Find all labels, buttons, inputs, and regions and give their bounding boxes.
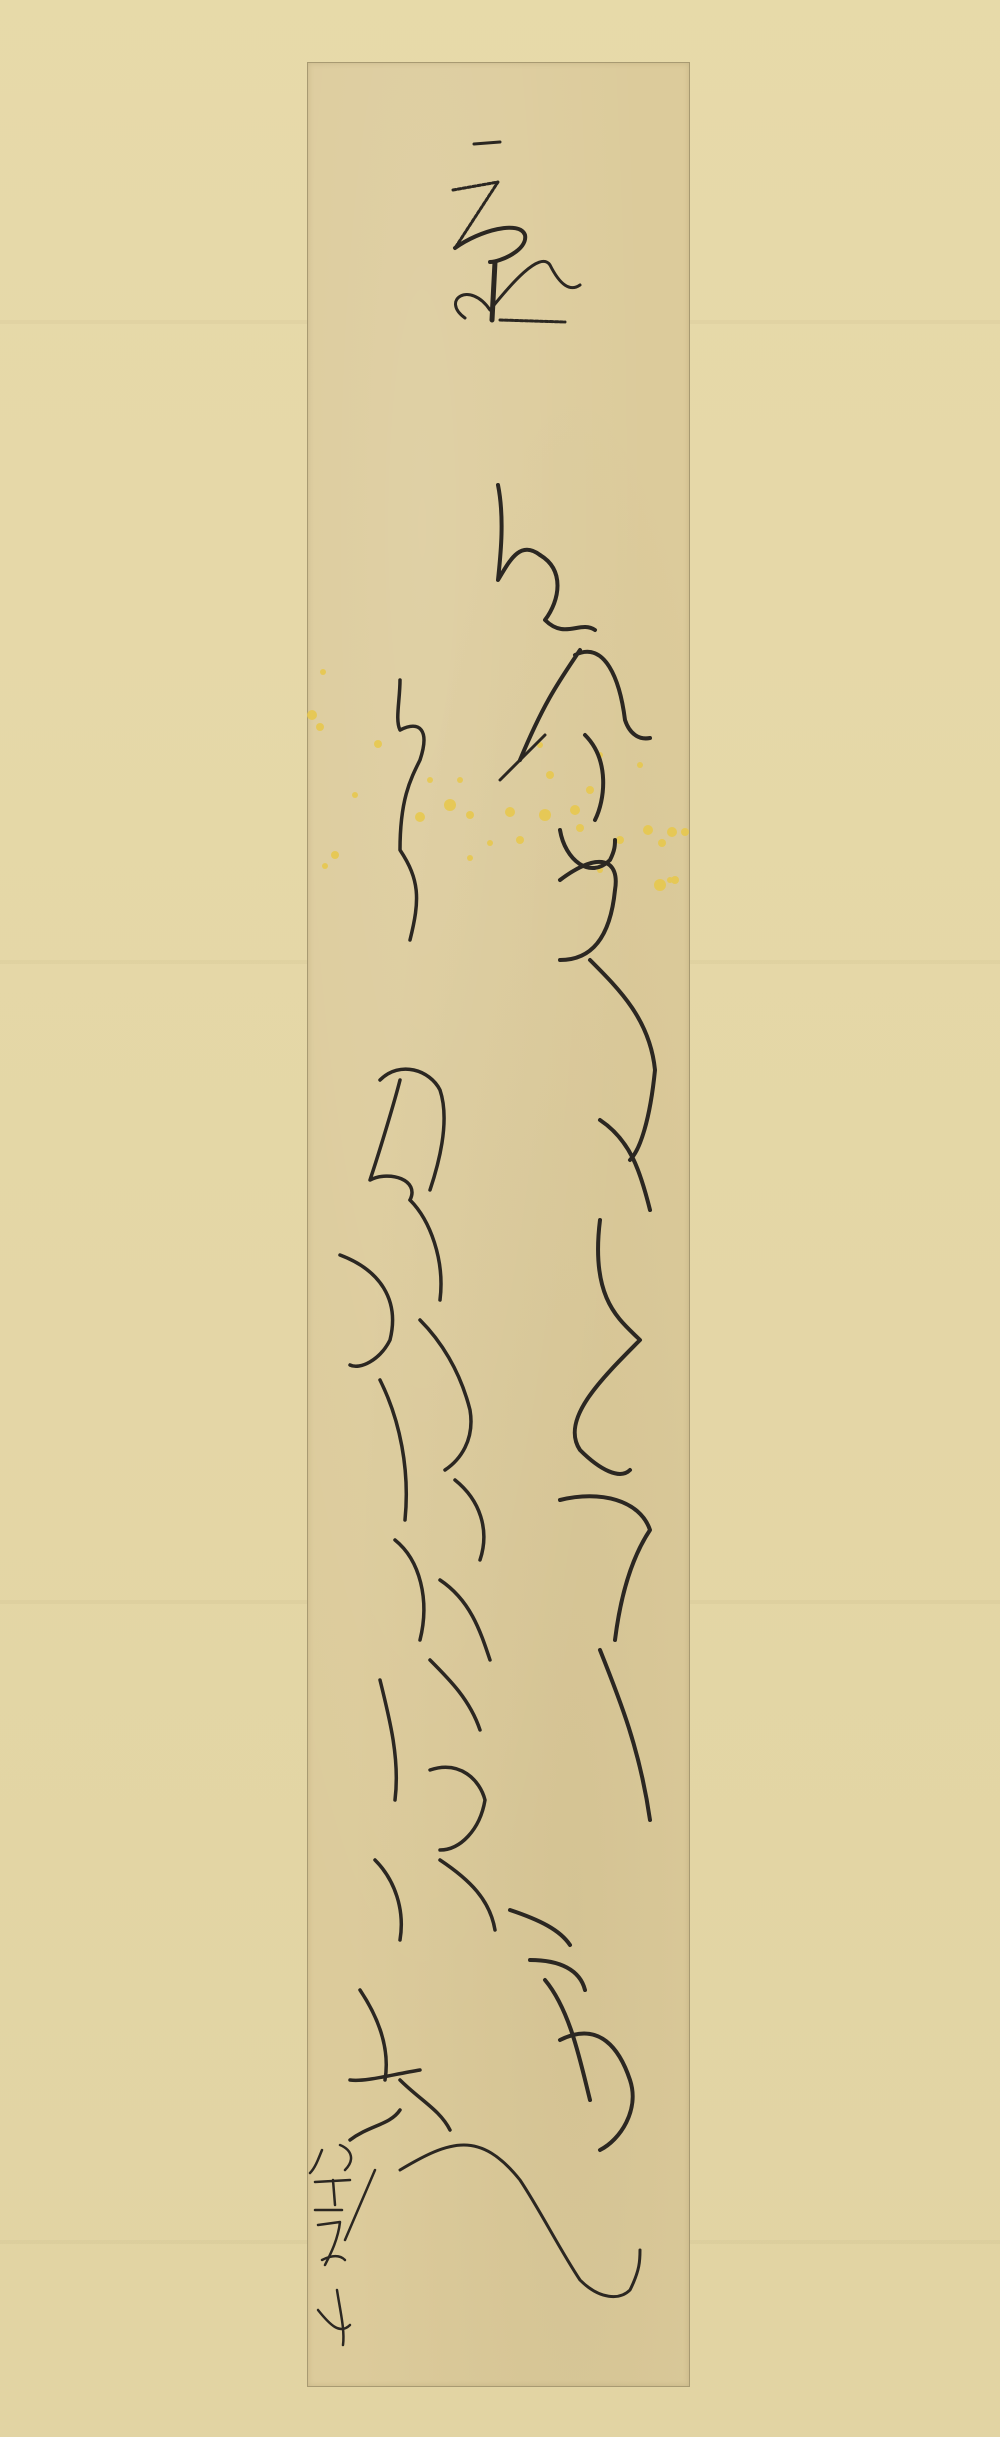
right-column-strokes	[498, 485, 655, 2150]
gold-leaf-flecks	[307, 669, 689, 891]
calligraphy-ink-strokes	[0, 0, 1000, 2437]
title-character	[453, 142, 580, 322]
middle-column-strokes	[380, 680, 495, 1930]
artist-signature	[310, 2145, 351, 2345]
left-column-strokes	[340, 1080, 640, 2297]
scroll-mount	[0, 0, 1000, 2437]
